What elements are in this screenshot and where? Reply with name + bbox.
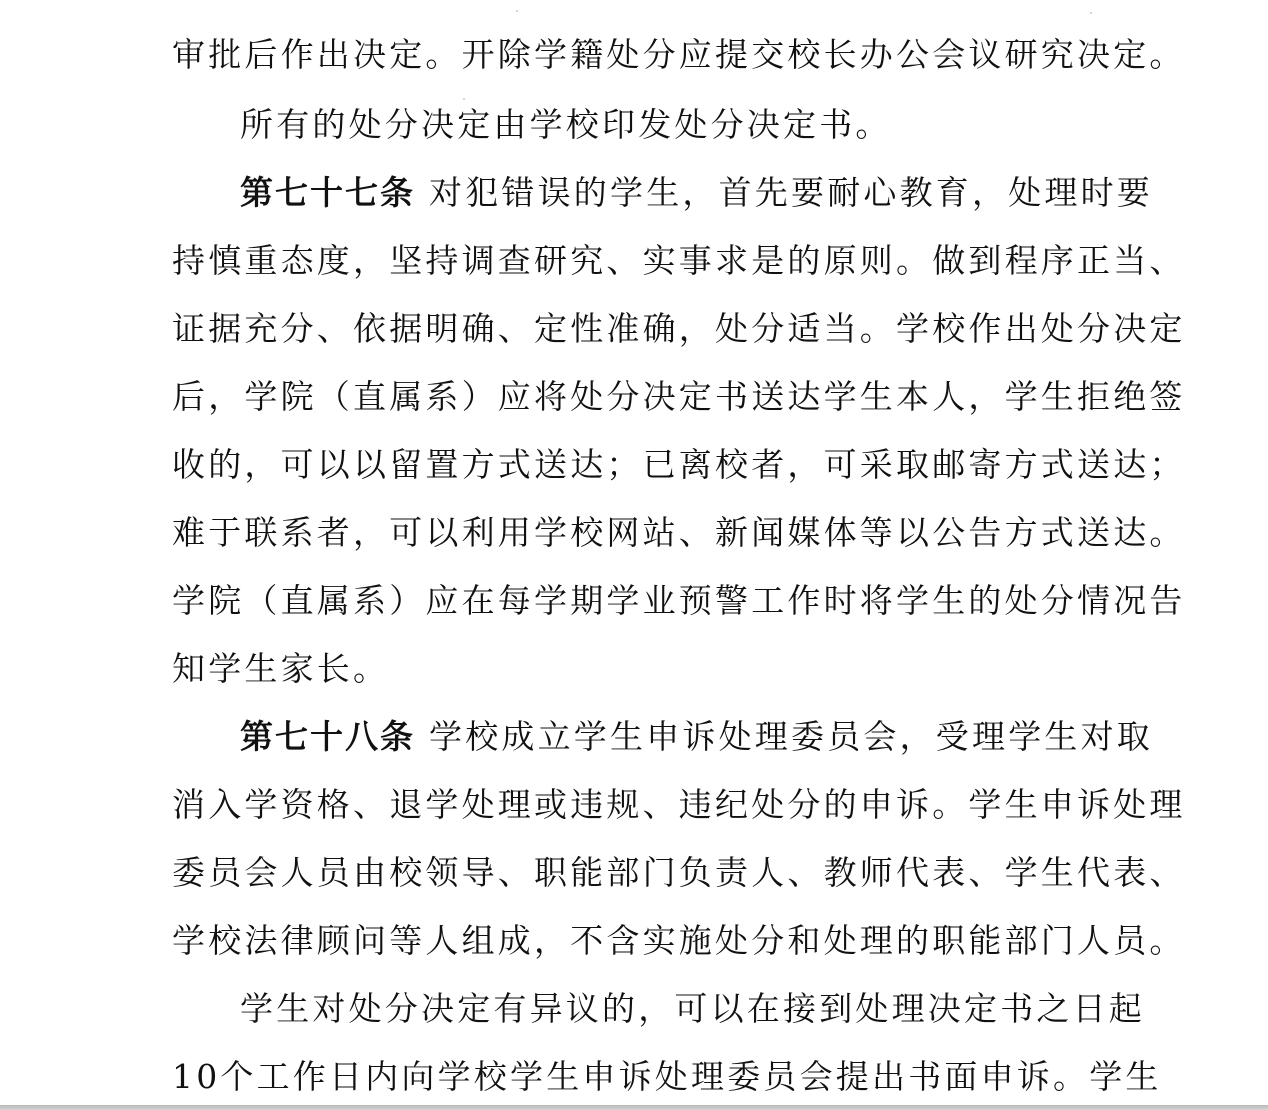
scan-speck: [463, 98, 465, 100]
article-heading: 第七十七条: [240, 173, 415, 212]
text-line: 收的，可以以留置方式送达；已离校者，可采取邮寄方式送达；: [172, 441, 1112, 489]
line-text: 难于联系者，可以利用学校网站、新闻媒体等以公告方式送达。: [172, 513, 1186, 552]
article-heading: 第七十八条: [240, 717, 415, 756]
document-page: 审批后作出决定。开除学籍处分应提交校长办公会议研究决定。 所有的处分决定由学校印…: [0, 0, 1268, 1106]
text-line: 证据充分、依据明确、定性准确，处分适当。学校作出处分决定: [172, 305, 1112, 353]
article-78-first-line: 第七十八条学校成立学生申诉处理委员会，受理学生对取: [240, 713, 1112, 761]
text-line: 学院（直属系）应在每学期学业预警工作时将学生的处分情况告: [172, 577, 1112, 625]
line-text: 收的，可以以留置方式送达；已离校者，可采取邮寄方式送达；: [172, 445, 1186, 484]
text-line: 难于联系者，可以利用学校网站、新闻媒体等以公告方式送达。: [172, 509, 1112, 557]
page-bottom-edge: [0, 1105, 1268, 1110]
line-text: 学校成立学生申诉处理委员会，受理学生对取: [429, 717, 1153, 756]
line-text: 后，学院（直属系）应将处分决定书送达学生本人，学生拒绝签: [172, 377, 1186, 416]
text-line: 所有的处分决定由学校印发处分决定书。: [240, 101, 1112, 149]
line-text: 对犯错误的学生，首先要耐心教育，处理时要: [429, 173, 1153, 212]
text-line: 持慎重态度，坚持调查研究、实事求是的原则。做到程序正当、: [172, 237, 1112, 285]
scan-speck: [1090, 12, 1092, 14]
line-text: 学生对处分决定有异议的，可以在接到处理决定书之日起: [240, 989, 1145, 1028]
line-text: 审批后作出决定。开除学籍处分应提交校长办公会议研究决定。: [172, 35, 1186, 74]
line-text: 10个工作日内向学校学生申诉处理委员会提出书面申诉。学生: [172, 1057, 1162, 1096]
text-line: 学生对处分决定有异议的，可以在接到处理决定书之日起: [240, 985, 1112, 1033]
scan-speck: [516, 10, 518, 12]
line-text: 消入学资格、退学处理或违规、违纪处分的申诉。学生申诉处理: [172, 785, 1186, 824]
text-line: 消入学资格、退学处理或违规、违纪处分的申诉。学生申诉处理: [172, 781, 1112, 829]
line-text: 委员会人员由校领导、职能部门负责人、教师代表、学生代表、: [172, 853, 1186, 892]
article-77-first-line: 第七十七条对犯错误的学生，首先要耐心教育，处理时要: [240, 169, 1112, 217]
text-line: 审批后作出决定。开除学籍处分应提交校长办公会议研究决定。: [172, 31, 1112, 79]
line-text: 持慎重态度，坚持调查研究、实事求是的原则。做到程序正当、: [172, 241, 1186, 280]
line-text: 知学生家长。: [172, 649, 389, 688]
line-text: 证据充分、依据明确、定性准确，处分适当。学校作出处分决定: [172, 309, 1186, 348]
text-line: 学校法律顾问等人组成，不含实施处分和处理的职能部门人员。: [172, 917, 1112, 965]
line-text: 学院（直属系）应在每学期学业预警工作时将学生的处分情况告: [172, 581, 1186, 620]
line-text: 学校法律顾问等人组成，不含实施处分和处理的职能部门人员。: [172, 921, 1186, 960]
text-line: 知学生家长。: [172, 645, 1112, 693]
line-text: 所有的处分决定由学校印发处分决定书。: [240, 105, 892, 144]
text-line: 委员会人员由校领导、职能部门负责人、教师代表、学生代表、: [172, 849, 1112, 897]
text-line: 10个工作日内向学校学生申诉处理委员会提出书面申诉。学生: [172, 1053, 1112, 1101]
text-line: 后，学院（直属系）应将处分决定书送达学生本人，学生拒绝签: [172, 373, 1112, 421]
